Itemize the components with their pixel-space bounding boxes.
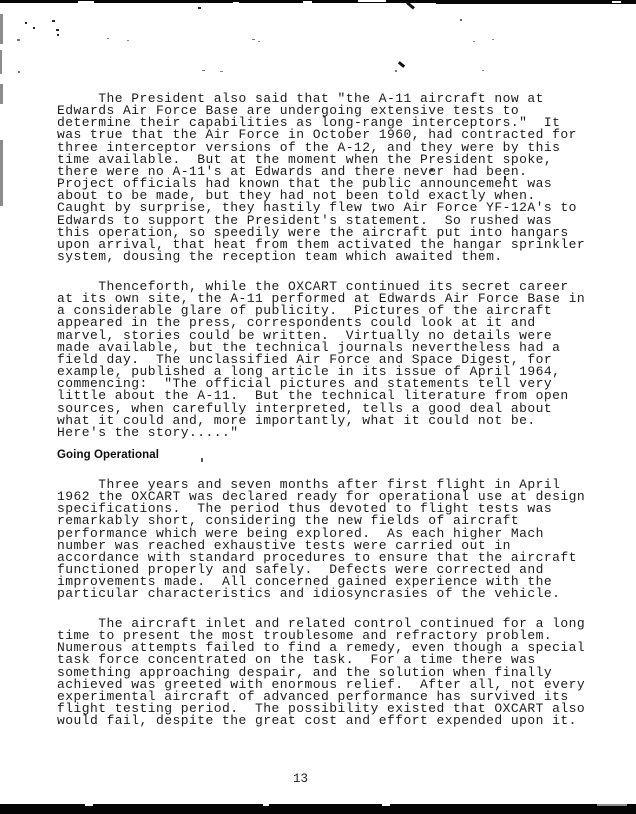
scan-speck xyxy=(127,40,129,41)
scan-speck xyxy=(482,70,484,71)
scan-speck xyxy=(33,27,35,29)
scan-speck xyxy=(25,22,27,24)
scan-speck xyxy=(52,20,55,22)
scan-speck xyxy=(252,39,255,40)
scan-speck xyxy=(201,458,203,462)
scan-edge-left xyxy=(0,14,3,44)
scan-speck xyxy=(504,176,506,180)
scanned-document-page: The President also said that "the A-11 a… xyxy=(0,0,636,814)
scan-speck xyxy=(492,39,494,40)
scan-speck xyxy=(57,34,59,36)
scan-edge-bottom xyxy=(0,804,636,814)
scan-edge-left xyxy=(0,50,2,74)
body-paragraph-2: Thenceforth, while the OXCART continued … xyxy=(57,281,585,439)
scan-edge-gap xyxy=(233,2,239,3)
scan-speck xyxy=(18,71,20,73)
scan-edge-notch xyxy=(85,804,93,806)
scan-edge-left xyxy=(0,140,3,206)
scan-speck xyxy=(17,39,20,41)
scan-speck xyxy=(107,38,109,39)
scan-edge-notch xyxy=(597,804,627,806)
scan-edge-gap xyxy=(303,1,312,3)
scan-edge-gap xyxy=(612,1,621,3)
scan-speck xyxy=(473,41,475,42)
body-paragraph-4: The aircraft inlet and related control c… xyxy=(57,618,585,727)
page-number: 13 xyxy=(293,772,308,786)
body-paragraph-3: Three years and seven months after first… xyxy=(57,479,585,601)
scan-edge-gap xyxy=(78,1,94,3)
scan-edge-notch xyxy=(382,804,390,806)
scan-speck xyxy=(56,29,59,31)
scan-edge-left xyxy=(0,84,3,104)
scan-speck xyxy=(460,19,462,21)
scan-speck xyxy=(220,71,223,72)
scan-speck xyxy=(202,70,205,71)
scan-diagonal-mark xyxy=(398,61,405,68)
scan-speck xyxy=(395,70,397,72)
scan-edge-gap xyxy=(358,0,386,2)
scan-speck xyxy=(198,7,201,9)
scan-edge-notch xyxy=(263,804,269,806)
scan-speck xyxy=(430,169,433,171)
scan-speck xyxy=(258,41,260,42)
section-heading-going-operational: Going Operational xyxy=(57,449,159,461)
scan-edge-top-thick xyxy=(436,0,636,4)
